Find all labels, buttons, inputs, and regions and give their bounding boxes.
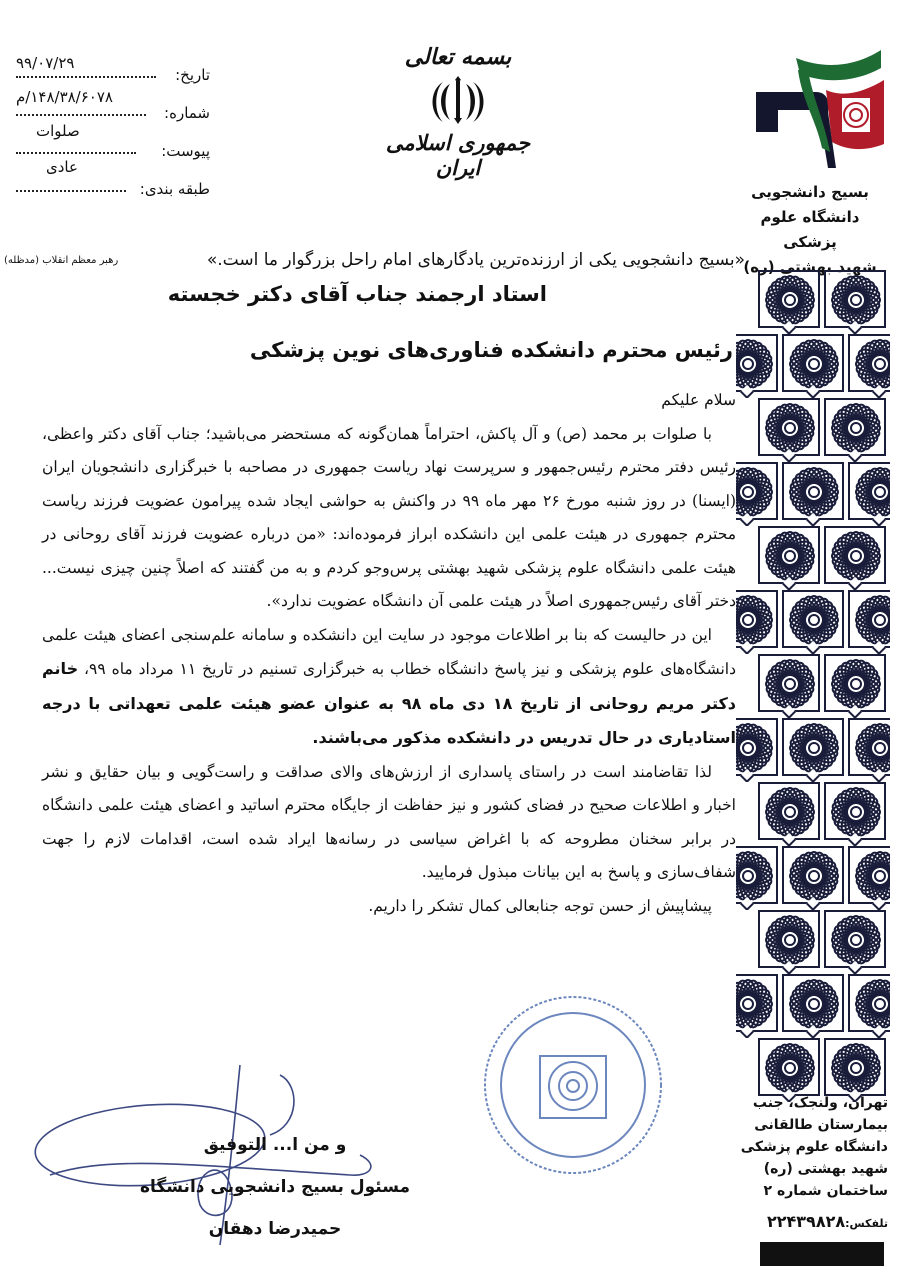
rosette-tile-icon xyxy=(782,846,844,904)
meta-number-label: شماره: xyxy=(164,104,210,122)
address-line: ساختمان شماره ۲ xyxy=(738,1180,888,1202)
meta-attachment-row: صلوات پیوست: xyxy=(10,128,210,166)
footer-bar xyxy=(760,1242,884,1266)
quote-author: رهبر معظم انقلاب (مدظله) xyxy=(4,255,118,266)
closing-line: و من ا... التوفیق xyxy=(130,1124,420,1166)
rosette-tile-icon xyxy=(758,270,820,328)
tile-row xyxy=(736,974,890,1038)
dotted-line xyxy=(16,76,156,78)
fax-line: تلفکس:۲۲۴۳۹۸۲۸ xyxy=(767,1212,888,1231)
rosette-tile-icon xyxy=(848,846,890,904)
meta-date-value: ۹۹/۰۷/۲۹ xyxy=(16,54,74,72)
rosette-tile-icon xyxy=(736,462,778,520)
thanks-line: پیشاپیش از حسن توجه جنابعالی کمال تشکر ر… xyxy=(42,890,736,924)
republic-title: جمهوری اسلامی ایران xyxy=(378,130,538,180)
tile-row xyxy=(736,334,890,398)
rosette-tile-icon xyxy=(824,270,886,328)
org-name: بسیج دانشجویی دانشگاه علوم پزشکی شهید به… xyxy=(740,180,880,280)
fax-label: تلفکس: xyxy=(845,1217,888,1230)
rosette-tile-icon xyxy=(824,782,886,840)
basmala: بسمه تعالی xyxy=(378,44,538,70)
address-line: بیمارستان طالقانی xyxy=(738,1114,888,1136)
paragraph-1: با صلوات بر محمد (ص) و آل پاکش، احتراماً… xyxy=(42,418,736,619)
paragraph-3: لذا تقاضامند است در راستای پاسداری از ار… xyxy=(42,756,736,890)
rosette-tile-icon xyxy=(736,334,778,392)
paragraph-2: این در حالیست که بنا بر اطلاعات موجود در… xyxy=(42,619,736,756)
letter-body: سلام علیکم با صلوات بر محمد (ص) و آل پاک… xyxy=(42,384,736,923)
address-block: تهران، ولنجک، جنب بیمارستان طالقانی دانش… xyxy=(738,1092,888,1202)
rosette-tile-icon xyxy=(848,718,890,776)
paragraph-2-text: این در حالیست که بنا بر اطلاعات موجود در… xyxy=(42,626,736,679)
meta-classification-value: عادی xyxy=(46,158,78,176)
tile-row xyxy=(736,718,890,782)
rosette-tile-icon xyxy=(782,462,844,520)
meta-classification-label: طبقه بندی: xyxy=(140,180,210,198)
signer-title: مسئول بسیج دانشجویی دانشگاه xyxy=(130,1166,420,1208)
tile-row xyxy=(736,590,890,654)
rosette-tile-icon xyxy=(758,526,820,584)
rosette-tile-icon xyxy=(782,334,844,392)
address-line: تهران، ولنجک، جنب xyxy=(738,1092,888,1114)
rosette-tile-icon xyxy=(736,846,778,904)
rosette-tile-icon xyxy=(736,590,778,648)
rosette-tile-icon xyxy=(758,910,820,968)
meta-classification-row: عادی طبقه بندی: xyxy=(10,166,210,204)
rosette-tile-icon xyxy=(848,590,890,648)
tile-row xyxy=(754,398,890,462)
meta-number-value: ۱۴۸/۳۸/۶۰۷۸/م xyxy=(16,88,113,106)
signature-block: و من ا... التوفیق مسئول بسیج دانشجویی دا… xyxy=(130,1124,420,1250)
greeting: سلام علیکم xyxy=(42,384,736,418)
university-stamp-icon xyxy=(478,990,668,1180)
rosette-tile-icon xyxy=(824,654,886,712)
sidebar-letterhead: بسیج دانشجویی دانشگاه علوم پزشکی شهید به… xyxy=(748,40,898,1270)
leader-quote: «بسیج دانشجویی یکی از ارزنده‌ترین یادگار… xyxy=(145,250,745,270)
rosette-tile-icon xyxy=(758,654,820,712)
pattern-tiles xyxy=(754,270,890,1102)
rosette-tile-icon xyxy=(848,462,890,520)
rosette-tile-icon xyxy=(782,590,844,648)
dotted-line xyxy=(16,152,136,154)
recipient-title: رئیس محترم دانشکده فناوری‌های نوین پزشکی xyxy=(250,338,733,362)
rosette-tile-icon xyxy=(824,398,886,456)
rosette-tile-icon xyxy=(782,718,844,776)
tile-row xyxy=(736,462,890,526)
tile-row xyxy=(736,846,890,910)
rosette-tile-icon xyxy=(758,1038,820,1096)
rosette-tile-icon xyxy=(824,910,886,968)
republic-emblem: بسمه تعالی جمهوری اسلامی ایران xyxy=(378,44,538,194)
address-line: شهید بهشتی (ره) xyxy=(738,1158,888,1180)
rosette-tile-icon xyxy=(782,974,844,1032)
meta-attachment-value: صلوات xyxy=(36,122,80,140)
iran-emblem-icon xyxy=(428,72,488,128)
rosette-tile-icon xyxy=(848,334,890,392)
dotted-line xyxy=(16,114,146,116)
letter-meta: ۹۹/۰۷/۲۹ تاریخ: ۱۴۸/۳۸/۶۰۷۸/م شماره: صلو… xyxy=(10,52,210,204)
meta-attachment-label: پیوست: xyxy=(161,142,210,160)
address-line: دانشگاه علوم پزشکی xyxy=(738,1136,888,1158)
rosette-tile-icon xyxy=(824,1038,886,1096)
recipient-name: استاد ارجمند جناب آقای دکتر خجسته xyxy=(168,282,547,306)
rosette-tile-icon xyxy=(824,526,886,584)
meta-date-label: تاریخ: xyxy=(175,66,210,84)
rosette-tile-icon xyxy=(848,974,890,1032)
org-line: دانشگاه علوم پزشکی xyxy=(740,205,880,255)
rosette-tile-icon xyxy=(736,718,778,776)
meta-date-row: ۹۹/۰۷/۲۹ تاریخ: xyxy=(10,52,210,90)
rosette-tile-icon xyxy=(758,398,820,456)
rosette-tile-icon xyxy=(736,974,778,1032)
tile-row xyxy=(754,526,890,590)
basij-logo-icon xyxy=(756,40,886,180)
tile-row xyxy=(754,782,890,846)
tile-row xyxy=(754,654,890,718)
tile-row xyxy=(754,910,890,974)
fax-value: ۲۲۴۳۹۸۲۸ xyxy=(767,1212,845,1231)
org-line: بسیج دانشجویی xyxy=(740,180,880,205)
rosette-tile-icon xyxy=(758,782,820,840)
signer-name: حمیدرضا دهقان xyxy=(130,1208,420,1250)
dotted-line xyxy=(16,190,126,192)
tile-row xyxy=(754,270,890,334)
